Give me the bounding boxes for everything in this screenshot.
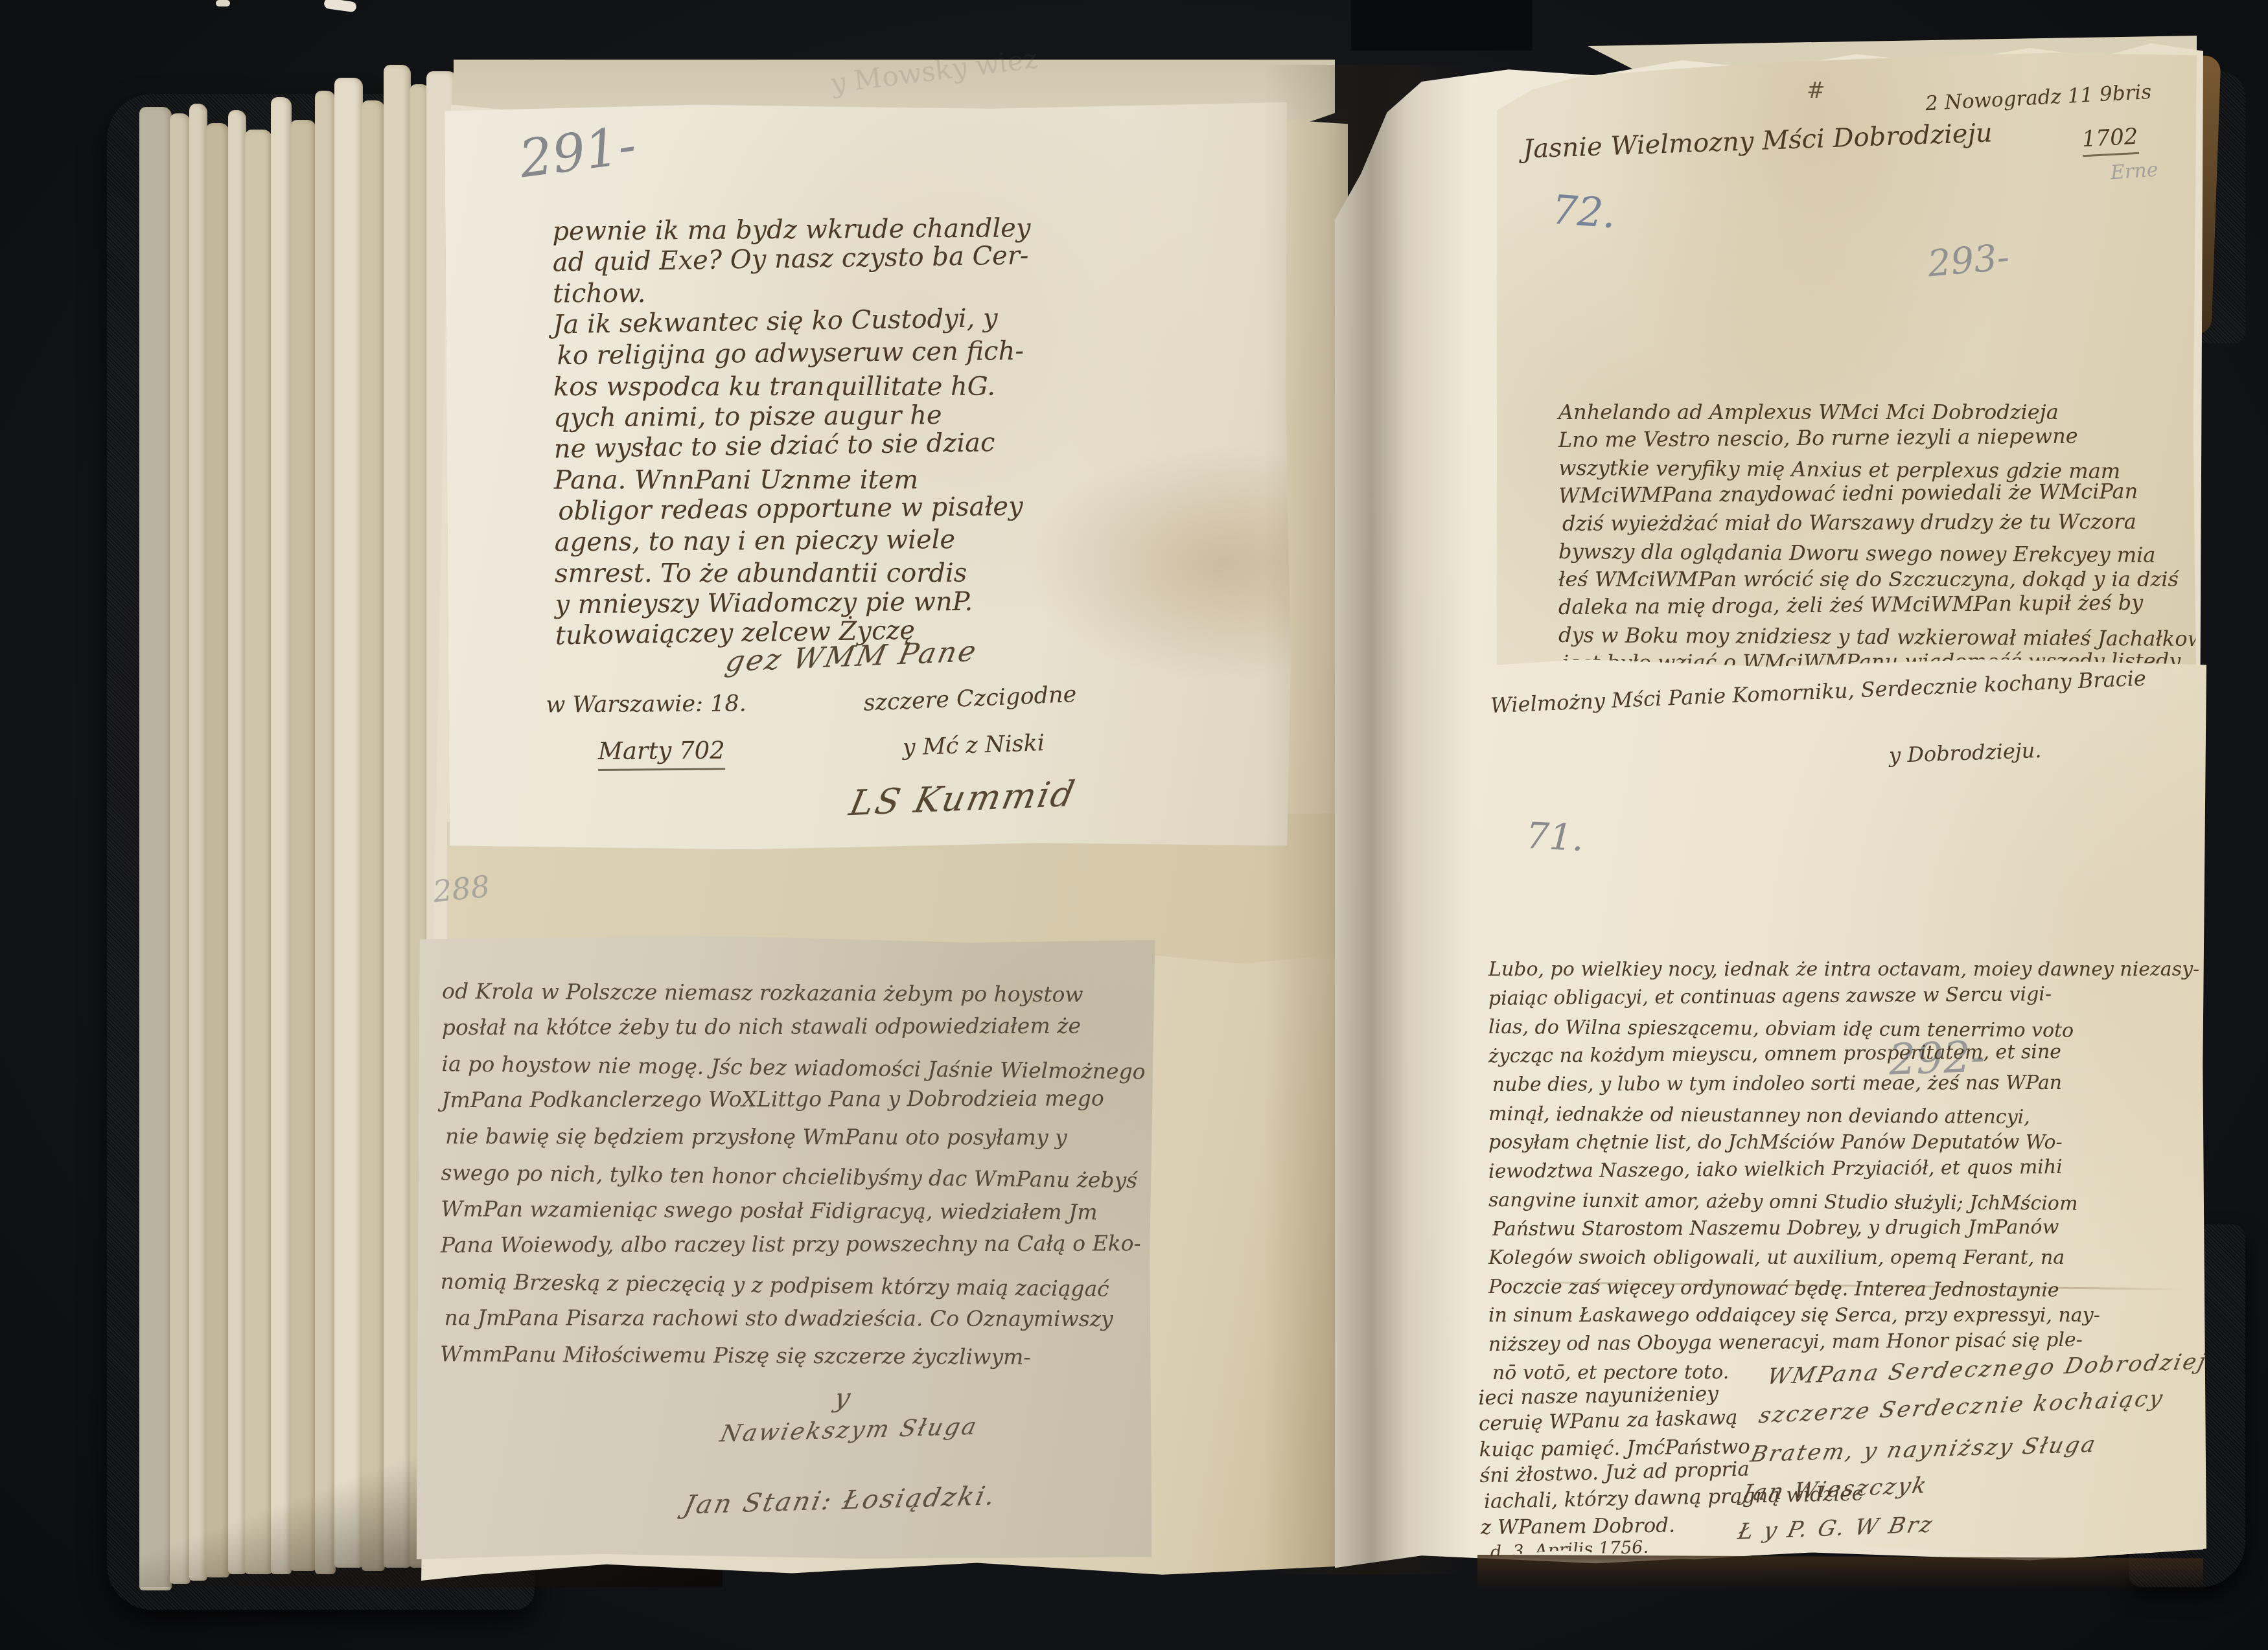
lower-left-letter-body: od Krola w Polszcze niemasz rozkazania ż… bbox=[440, 973, 1146, 1376]
archival-book-photo: 288 y Mowsky wiez 291- pewnie ik ma bydz… bbox=[0, 0, 2268, 1650]
paper-speck bbox=[216, 0, 230, 6]
lower-right-heading2: y Dobrodzieju. bbox=[1888, 738, 2042, 768]
hash-mark: # bbox=[1807, 78, 1825, 104]
lower-right-heading1: Wielmożny Mści Panie Komorniku, Serdeczn… bbox=[1490, 666, 2146, 718]
upper-left-dateline-date: Marty 702 bbox=[598, 737, 725, 771]
letter-lower-left: od Krola w Polszcze niemasz rozkazania ż… bbox=[416, 934, 1155, 1563]
handwriting-line: od Krola w Polszcze niemasz rozkazania ż… bbox=[442, 973, 1146, 1013]
handwriting-line: życząc na kożdym mieyscu, omnem prosperi… bbox=[1488, 1037, 2200, 1071]
handwriting-line: na JmPana Pisarza rachowi sto dwadzieści… bbox=[444, 1300, 1148, 1337]
handwriting-line: Kolegów swoich obligowali, ut auxilium, … bbox=[1488, 1244, 2199, 1273]
handwriting-line: posłał na kłótce żeby tu do nich stawali… bbox=[442, 1007, 1146, 1046]
note-line: z WPanem Dobrod. bbox=[1481, 1510, 1860, 1541]
paper-speck bbox=[323, 0, 357, 12]
upper-left-letter-body: pewnie ik ma bydz wkrude chandleyad quid… bbox=[552, 212, 1034, 651]
pencil-number-293: 293- bbox=[1926, 236, 2011, 286]
handwriting-line: agens, to nay i en pieczy wiele bbox=[555, 523, 1033, 558]
handwriting-line: iewodztwa Naszego, iako wielkich Przyiac… bbox=[1488, 1152, 2200, 1186]
pencil-number-291: 291- bbox=[516, 115, 639, 189]
handwriting-line: obligor redeas opportune w pisałey bbox=[558, 491, 1037, 527]
date-annotation-line1: 2 Nowogradz 11 9bris bbox=[1925, 80, 2152, 115]
handwriting-line: ad quid Exe? Oy nasz czysto ba Cer- bbox=[552, 240, 1031, 278]
handwriting-line: JmPana Podkanclerzego WoXLittgo Pana y D… bbox=[441, 1080, 1145, 1118]
handwriting-line: WmmPanu Miłościwemu Piszę się szczerze ż… bbox=[440, 1336, 1144, 1376]
handwriting-line: kos wspodca ku tranquillitate hG. bbox=[553, 371, 1032, 403]
background-dark-object bbox=[1351, 0, 1533, 51]
letter-lower-right: Wielmożny Mści Panie Komorniku, Serdeczn… bbox=[1474, 658, 2206, 1561]
book-gutter-shadow bbox=[1264, 65, 1471, 1574]
handwriting-line: Pana Woiewody, albo raczey list przy pow… bbox=[441, 1225, 1144, 1263]
right-page-heading: Jasnie Wielmozny Mści Dobrodzieju bbox=[1522, 118, 1993, 164]
upper-left-closing-right1: szczere Czcigodne bbox=[863, 682, 1077, 716]
date-annotation-line2: 1702 bbox=[2081, 124, 2139, 157]
handwriting-line: minął, iednakże od nieustanney non devia… bbox=[1488, 1100, 2199, 1133]
upper-right-letter-body: Anhelando ad Amplexus WMci Mci Dobrodzie… bbox=[1558, 398, 2236, 677]
pencil-number-288: 288 bbox=[431, 869, 491, 910]
handwriting-line: Lno me Vestro nescio, Bo rurne iezyli a … bbox=[1558, 421, 2236, 454]
handwriting-line: Państwu Starostom Naszemu Dobrey, y drug… bbox=[1492, 1213, 2203, 1244]
pencil-scribble-erne: Erne bbox=[2110, 158, 2159, 184]
handwriting-line: nie bawię się będziem przysłonę WmPanu o… bbox=[445, 1118, 1149, 1156]
lower-right-bottom-note: ieci nasze nayuniżenieyceruię WPanu za ł… bbox=[1478, 1379, 1860, 1541]
handwriting-line: Poczcie zaś więcey ordynować będę. Inter… bbox=[1488, 1273, 2199, 1306]
letter-upper-right: # 2 Nowogradz 11 9bris 1702 Erne Jasnie … bbox=[1497, 49, 2197, 735]
lower-left-signature: Jan Stani: Łosiądzki. bbox=[681, 1481, 1000, 1520]
handwriting-line: WMciWMPana znaydować iedni powiedali że … bbox=[1558, 477, 2236, 510]
handwriting-line: ko religijna go adwyseruw cen fich- bbox=[557, 336, 1036, 372]
lower-left-closing-flourish: y bbox=[832, 1383, 855, 1414]
handwriting-line: smrest. To że abundantii cordis bbox=[555, 558, 1033, 590]
lower-right-letter-body: Lubo, po wielkiey nocy, iednak że intra … bbox=[1488, 956, 2199, 1388]
handwriting-line: ne wysłac to sie dziać to sie dziac bbox=[553, 426, 1032, 464]
handwriting-line: daleka na mię droga, żeli żeś WMciWMPan … bbox=[1558, 588, 2236, 621]
handwriting-line: bywszy dla oglądania Dworu swego nowey E… bbox=[1558, 538, 2236, 569]
upper-left-dateline-place: w Warszawie: 18. bbox=[546, 691, 746, 718]
blue-number-72: 72. bbox=[1551, 186, 1617, 238]
handwriting-line: nube dies, y lubo w tym indoleo sorti me… bbox=[1492, 1068, 2203, 1099]
handwriting-line: piaiąc obligacyi, et continuas agens zaw… bbox=[1488, 979, 2200, 1013]
upper-left-closing-right2: y Mć z Niski bbox=[902, 730, 1045, 761]
blue-number-71: 71. bbox=[1525, 815, 1584, 860]
letter-upper-left: 291- pewnie ik ma bydz wkrude chandleyad… bbox=[445, 100, 1292, 851]
handwriting-line: Ja ik sekwantec się ko Custodyi, y bbox=[553, 302, 1032, 340]
handwriting-line: dziś wyieżdżać miał do Warszawy drudzy ż… bbox=[1562, 507, 2240, 538]
upper-left-signature: LS Kummid bbox=[846, 773, 1080, 824]
right-page-bottom-shadow bbox=[1477, 1555, 2203, 1590]
lower-left-closing: Nawiekszym Sługa bbox=[717, 1414, 980, 1448]
